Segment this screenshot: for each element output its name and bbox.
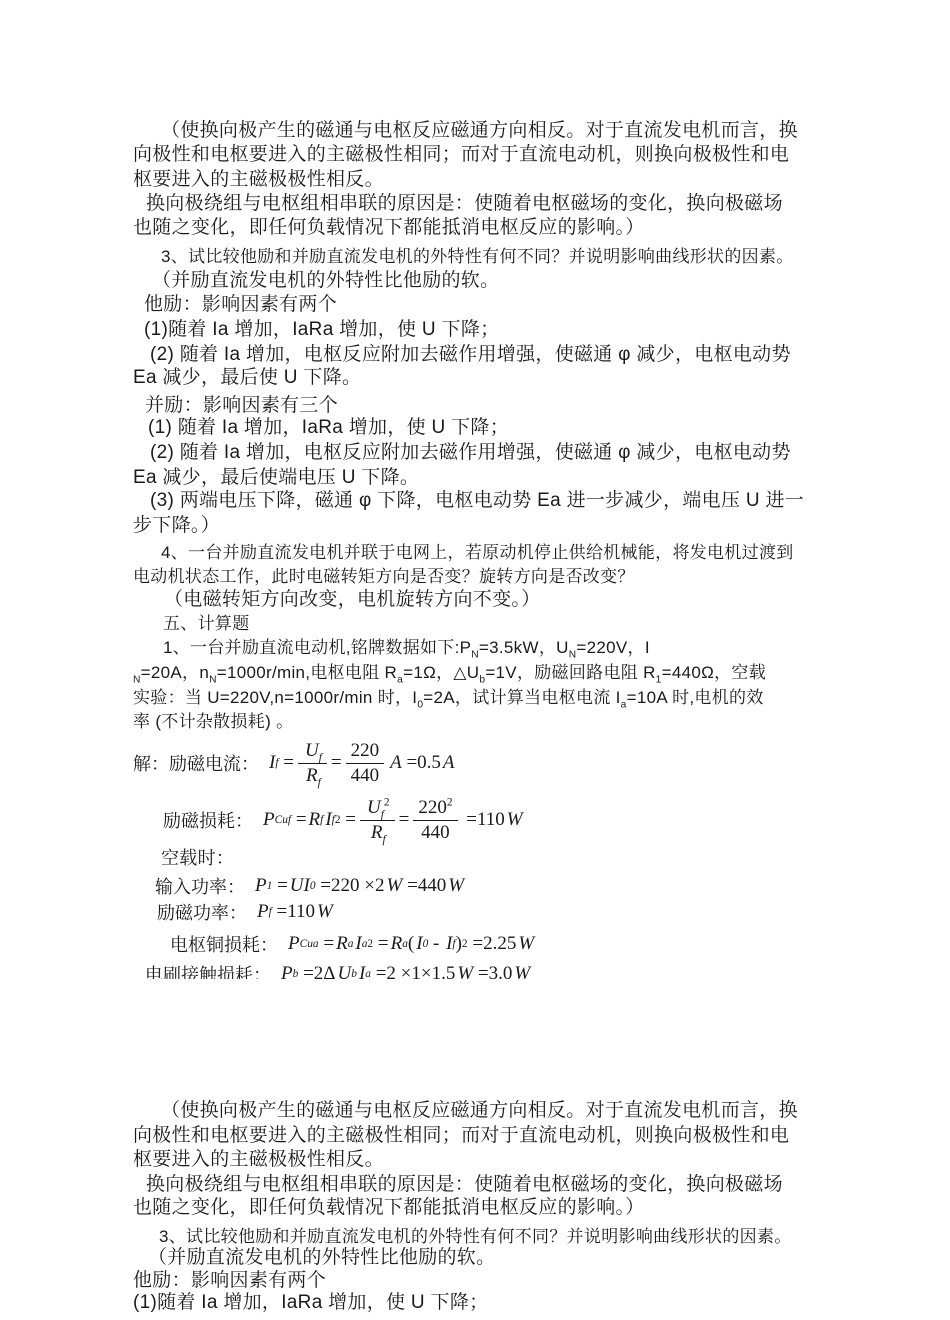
page-2: （使换向极产生的磁通与电枢反应磁通方向相反。对于直流发电机而言，换 向极性和电枢… xyxy=(0,0,950,1320)
p2-line-7: 他励：影响因素有两个 xyxy=(133,1269,326,1293)
p2-line-1: 向极性和电枢要进入的主磁极性相同；而对于直流电动机，则换向极极性和电 xyxy=(133,1124,789,1148)
p2-line-6: （并励直流发电机的外特性比他励的软。 xyxy=(148,1246,495,1270)
p2-line-4: 也随之变化，即任何负载情况下都能抵消电枢反应的影响。） xyxy=(133,1196,645,1220)
p2-line-2: 枢要进入的主磁极极性相反。 xyxy=(133,1148,384,1172)
document-viewport: （使换向极产生的磁通与电枢反应磁通方向相反。对于直流发电机而言，换 向极性和电枢… xyxy=(0,0,950,1320)
p2-line-8: (1)随着 Ia 增加，IaRa 增加，使 U 下降； xyxy=(133,1291,488,1315)
p2-line-3: 换向极绕组与电枢组相串联的原因是：使随着电枢磁场的变化，换向极磁场 xyxy=(146,1173,783,1197)
p2-line-0: （使换向极产生的磁通与电枢反应磁通方向相反。对于直流发电机而言，换 xyxy=(161,1099,798,1123)
